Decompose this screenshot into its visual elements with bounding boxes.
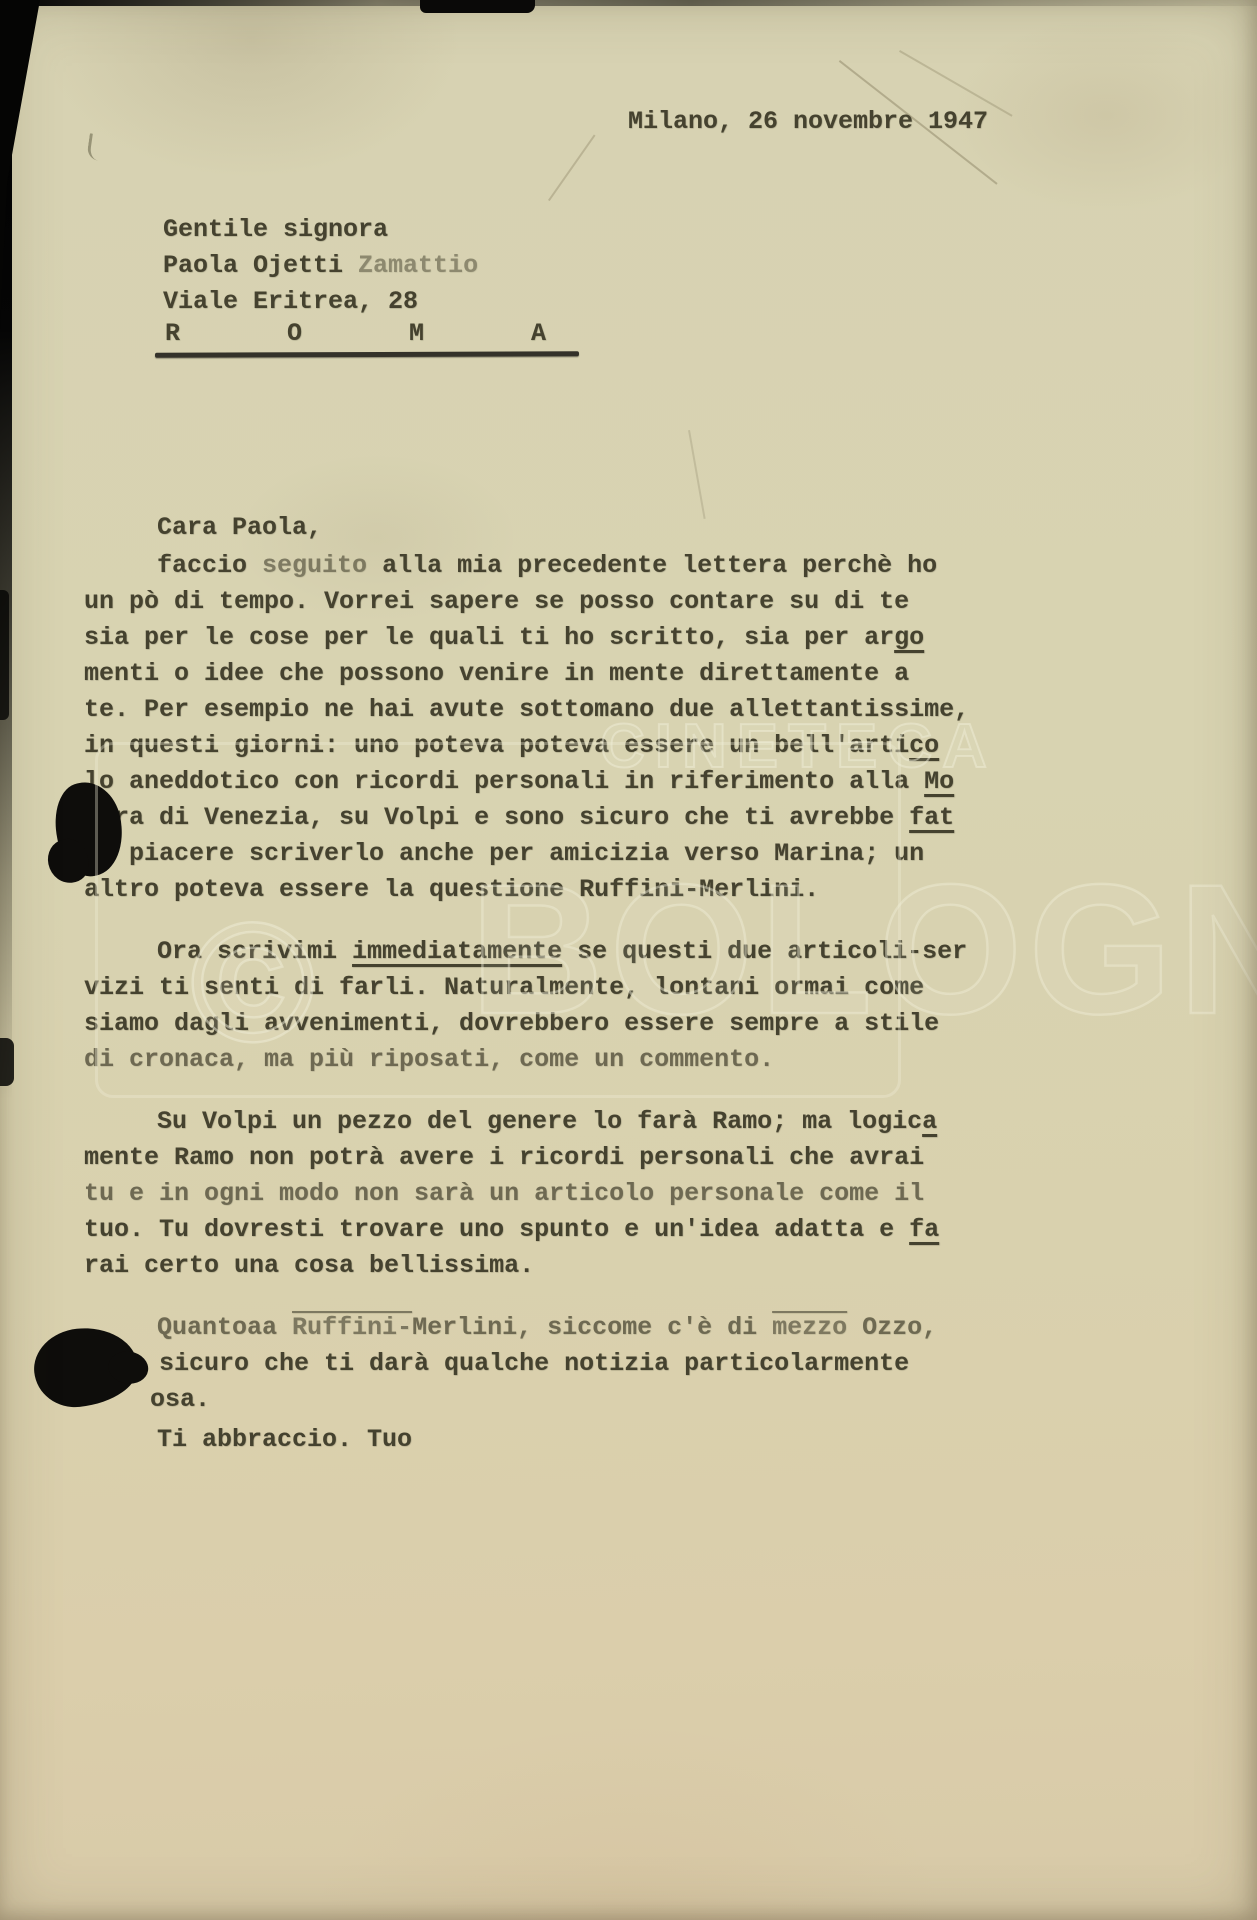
letter-line: menti o idee che possono venire in mente… [84, 656, 1024, 692]
recipient-address: Gentile signoraPaola Ojetti ZamattioVial… [163, 212, 478, 320]
text-segment: Ruffini- [292, 1313, 412, 1342]
letter-line: faccio seguito alla mia precedente lette… [84, 548, 1024, 584]
text-segment: in questi giorni: uno poteva poteva esse… [84, 731, 909, 760]
recipient-city: R O M A [165, 316, 592, 352]
pen-mark [86, 133, 102, 161]
text-segment: rai certo una cosa bellissima. [84, 1251, 534, 1280]
letter-line: lo aneddotico con ricordi personali in r… [84, 764, 1024, 800]
text-segment: lo aneddotico con ricordi personali in r… [84, 767, 924, 796]
letter-line: Quantoaa Ruffini-Merlini, siccome c'è di… [84, 1310, 1024, 1346]
text-segment: seguito [262, 551, 367, 580]
text-segment: Mo [924, 767, 954, 796]
text-segment: se questi due articoli-ser [562, 937, 967, 966]
text-segment: Gentile signora [163, 215, 388, 244]
scan-edge-notch [420, 0, 535, 13]
city-underline-rule [155, 351, 579, 357]
text-segment: tu e in ogni modo non sarà un articolo p… [84, 1179, 924, 1208]
letter-body: faccio seguito alla mia precedente lette… [84, 548, 1024, 1484]
letter-line: Gentile signora [163, 212, 478, 248]
paragraph: faccio seguito alla mia precedente lette… [84, 548, 1024, 908]
letter-line: te. Per esempio ne hai avute sottomano d… [84, 692, 1024, 728]
text-segment: Paola Ojetti [163, 251, 358, 280]
letter-line: Paola Ojetti Zamattio [163, 248, 478, 284]
text-segment: sono sicuro che ti darà qualche notizia … [84, 1349, 909, 1378]
text-segment: mente Ramo non potrà avere i ricordi per… [84, 1143, 924, 1172]
text-segment: fa [909, 1215, 939, 1244]
paper-crease [688, 430, 706, 519]
text-segment: fat [909, 803, 954, 832]
text-segment: immediatamente [352, 937, 562, 966]
text-segment: te. Per esempio ne hai avute sottomano d… [84, 695, 969, 724]
letter-line: osa. [84, 1382, 1024, 1418]
text-segment: Ora scrivimi [157, 937, 352, 966]
text-segment: a [922, 1107, 937, 1136]
text-segment: menti o idee che possono venire in mente… [84, 659, 909, 688]
text-segment: to piacere scriverlo anche per amicizia … [84, 839, 924, 868]
letter-line: vizi ti senti di farli. Naturalmente, lo… [84, 970, 1024, 1006]
scan-edge-top [0, 0, 1257, 6]
text-segment: Merlini, siccome c'è di [412, 1313, 772, 1342]
text-segment: osa. [150, 1385, 210, 1414]
salutation: Cara Paola, [157, 510, 322, 546]
letter-line: di cronaca, ma più riposati, come un com… [84, 1042, 1024, 1078]
letter-line: tuo. Tu dovresti trovare uno spunto e un… [84, 1212, 1024, 1248]
letter-line: in questi giorni: uno poteva poteva esse… [84, 728, 1024, 764]
text-segment: go [894, 623, 924, 652]
paragraph: Ti abbraccio. Tuo [84, 1422, 1024, 1458]
letter-line: siamo dagli avvenimenti, dovrebbero esse… [84, 1006, 1024, 1042]
paragraph: Quantoaa Ruffini-Merlini, siccome c'è di… [84, 1310, 1024, 1418]
letter-line: stra di Venezia, su Volpi e sono sicuro … [84, 800, 1024, 836]
letter-line: un pò di tempo. Vorrei sapere se posso c… [84, 584, 1024, 620]
text-segment: faccio [157, 551, 262, 580]
paragraph: Su Volpi un pezzo del genere lo farà Ram… [84, 1104, 1024, 1284]
text-segment: mezzo [772, 1313, 847, 1342]
text-segment: Ti abbraccio. Tuo [157, 1425, 412, 1454]
letter-line: sia per le cose per le quali ti ho scrit… [84, 620, 1024, 656]
letter-line: Viale Eritrea, 28 [163, 284, 478, 320]
paper-crease [548, 134, 596, 201]
text-segment: Su Volpi un pezzo del genere lo farà Ram… [157, 1107, 922, 1136]
letter-line: sono sicuro che ti darà qualche notizia … [84, 1346, 1024, 1382]
scanned-letter: Milano, 26 novembre 1947 Gentile signora… [0, 0, 1257, 1920]
text-segment: di cronaca, ma più riposati, come un com… [84, 1045, 774, 1074]
scan-edge-notch [0, 590, 9, 720]
paragraph: Ora scrivimi immediatamente se questi du… [84, 934, 1024, 1078]
letter-line: mente Ramo non potrà avere i ricordi per… [84, 1140, 1024, 1176]
text-segment: co [909, 731, 939, 760]
scan-edge-notch [0, 1038, 14, 1086]
text-segment: un pò di tempo. Vorrei sapere se posso c… [84, 587, 909, 616]
letter-line: rai certo una cosa bellissima. [84, 1248, 1024, 1284]
letter-line: altro poteva essere la questione Ruffini… [84, 872, 1024, 908]
text-segment: Viale Eritrea, 28 [163, 287, 418, 316]
text-segment: Quantoaa [157, 1313, 292, 1342]
text-segment: stra di Venezia, su Volpi e sono sicuro … [84, 803, 909, 832]
text-segment: vizi ti senti di farli. Naturalmente, lo… [84, 973, 924, 1002]
letter-line: to piacere scriverlo anche per amicizia … [84, 836, 1024, 872]
text-segment: Ozzo, [847, 1313, 937, 1342]
text-segment: alla mia precedente lettera perchè ho [367, 551, 937, 580]
date-line: Milano, 26 novembre 1947 [628, 104, 988, 140]
letter-line: Su Volpi un pezzo del genere lo farà Ram… [84, 1104, 1024, 1140]
text-segment: siamo dagli avvenimenti, dovrebbero esse… [84, 1009, 939, 1038]
text-segment: Zamattio [358, 251, 478, 280]
text-segment: tuo. Tu dovresti trovare uno spunto e un… [84, 1215, 909, 1244]
text-segment: sia per le cose per le quali ti ho scrit… [84, 623, 894, 652]
letter-line: Ora scrivimi immediatamente se questi du… [84, 934, 1024, 970]
letter-line: Ti abbraccio. Tuo [84, 1422, 1024, 1458]
text-segment: altro poteva essere la questione Ruffini… [84, 875, 819, 904]
letter-line: tu e in ogni modo non sarà un articolo p… [84, 1176, 1024, 1212]
